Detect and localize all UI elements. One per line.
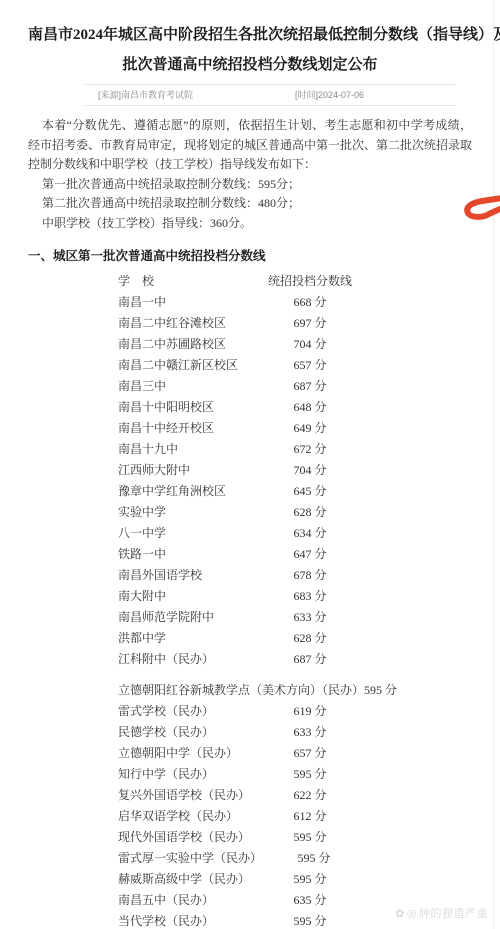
school-name: 南昌二中红谷滩校区: [118, 313, 258, 334]
school-name: 复兴外国语学校（民办）: [118, 785, 258, 806]
table-row: 铁路一中 647 分: [28, 544, 472, 565]
school-name: 雷式学校（民办）: [118, 701, 258, 722]
table-row: 南昌外国语学校 678 分: [28, 565, 472, 586]
control-line-vocational: 中职学校（技工学校）指导线：360分。: [28, 214, 472, 234]
school-score: 628 分: [258, 628, 362, 649]
table-row: 雷式学校（民办） 619 分: [28, 701, 472, 722]
table-row: 八一中学 634 分: [28, 523, 472, 544]
table-row: 现代外国语学校（民办） 595 分: [28, 827, 472, 848]
school-score: 668 分: [258, 292, 362, 313]
special-row-lide-art: 立德朝阳红谷新城教学点（美术方向）（民办）595 分: [28, 680, 472, 701]
school-score: 697 分: [258, 313, 362, 334]
table-row: 豫章中学红角洲校区 645 分: [28, 481, 472, 502]
table-row: 南昌二中赣江新区校区 657 分: [28, 355, 472, 376]
column-header-score: 统招投档分数线: [258, 271, 362, 292]
table-header-row: 学 校 统招投档分数线: [28, 271, 472, 292]
intro-paragraph: 本着“分数优先、遵循志愿”的原则，依据招生计划、考生志愿和初中学考成绩，经市招考…: [28, 116, 472, 175]
school-name: 南昌十九中: [118, 439, 258, 460]
school-name: 豫章中学红角洲校区: [118, 481, 258, 502]
school-name: 南昌一中: [118, 292, 258, 313]
school-score: 704 分: [258, 460, 362, 481]
school-score: 595 分: [258, 764, 362, 785]
control-line-batch1: 第一批次普通高中统招录取控制分数线：595分；: [28, 175, 472, 195]
table-rows-private: 雷式学校（民办） 619 分 民德学校（民办） 633 分 立德朝阳中学（民办）…: [28, 701, 472, 929]
table-row: 南昌二中苏圃路校区 704 分: [28, 334, 472, 355]
school-name: 现代外国语学校（民办）: [118, 827, 258, 848]
school-score: 672 分: [258, 439, 362, 460]
school-score: 595 分: [258, 869, 362, 890]
school-name: 南昌师范学院附中: [118, 607, 258, 628]
school-score: 657 分: [258, 355, 362, 376]
page-title: 南昌市2024年城区高中阶段招生各批次统招最低控制分数线（指导线）及第一 批次普…: [28, 20, 472, 80]
table-row: 南昌十中阳明校区 648 分: [28, 397, 472, 418]
school-name: 八一中学: [118, 523, 258, 544]
school-name: 南昌十中阳明校区: [118, 397, 258, 418]
school-name: 启华双语学校（民办）: [118, 806, 258, 827]
circle-logo-icon: ◎: [407, 907, 417, 920]
school-name: 雷式厚一实验中学（民办）: [118, 848, 262, 869]
school-score: 645 分: [258, 481, 362, 502]
school-score: 687 分: [258, 649, 362, 670]
meta-bar: [来源]南昌市教育考试院 [时间]2024-07-06: [85, 84, 455, 106]
meta-time: [时间]2024-07-06: [270, 85, 455, 105]
school-name: 立德朝阳中学（民办）: [118, 743, 258, 764]
school-name: 知行中学（民办）: [118, 764, 258, 785]
table-row: 立德朝阳中学（民办） 657 分: [28, 743, 472, 764]
school-score: 648 分: [258, 397, 362, 418]
school-name: 南昌二中赣江新区校区: [118, 355, 258, 376]
table-row: 启华双语学校（民办） 612 分: [28, 806, 472, 827]
school-score: 628 分: [258, 502, 362, 523]
school-score: 704 分: [258, 334, 362, 355]
school-name: 江科附中（民办）: [118, 649, 258, 670]
school-name: 南昌五中（民办）: [118, 890, 258, 911]
table-row: 赫威斯高级中学（民办） 595 分: [28, 869, 472, 890]
floating-logo-icon[interactable]: [458, 191, 500, 223]
column-header-school: 学 校: [118, 271, 258, 292]
flower-icon: ✿: [395, 907, 405, 920]
table-row: 民德学校（民办） 633 分: [28, 722, 472, 743]
table-row: 江科附中（民办） 687 分: [28, 649, 472, 670]
article: 南昌市2024年城区高中阶段招生各批次统招最低控制分数线（指导线）及第一 批次普…: [0, 20, 500, 929]
table-row: 洪都中学 628 分: [28, 628, 472, 649]
table-row: 实验中学 628 分: [28, 502, 472, 523]
table-row: 知行中学（民办） 595 分: [28, 764, 472, 785]
control-line-batch2: 第二批次普通高中统招录取控制分数线：480分；: [28, 194, 472, 214]
meta-source: [来源]南昌市教育考试院: [85, 85, 270, 105]
table-rows-public: 南昌一中 668 分 南昌二中红谷滩校区 697 分 南昌二中苏圃路校区 704…: [28, 292, 472, 670]
school-score: 595 分: [258, 827, 362, 848]
school-score: 612 分: [258, 806, 362, 827]
school-name: 南昌二中苏圃路校区: [118, 334, 258, 355]
school-name: 民德学校（民办）: [118, 722, 258, 743]
page-title-line1: 南昌市2024年城区高中阶段招生各批次统招最低控制分数线（指导线）及第一: [28, 20, 472, 50]
watermark: ✿ ◎ 肿的狸造严重: [395, 905, 488, 921]
school-name: 实验中学: [118, 502, 258, 523]
school-score: 595 分: [258, 911, 362, 929]
school-score: 687 分: [258, 376, 362, 397]
page-right-border: [493, 0, 494, 929]
school-name: 当代学校（民办）: [118, 911, 258, 929]
table-row: 复兴外国语学校（民办） 622 分: [28, 785, 472, 806]
swoosh-logo-icon: [458, 191, 500, 223]
school-name: 南昌三中: [118, 376, 258, 397]
table-row: 南昌二中红谷滩校区 697 分: [28, 313, 472, 334]
table-row: 南昌师范学院附中 633 分: [28, 607, 472, 628]
watermark-text: 肿的狸造严重: [419, 905, 488, 921]
school-score: 657 分: [258, 743, 362, 764]
school-name: 南昌十中经开校区: [118, 418, 258, 439]
table-row: 雷式厚一实验中学（民办） 595 分: [28, 848, 472, 869]
school-name: 江西师大附中: [118, 460, 258, 481]
score-table: 学 校 统招投档分数线 南昌一中 668 分 南昌二中红谷滩校区 697 分 南…: [28, 271, 472, 929]
table-row: 南昌三中 687 分: [28, 376, 472, 397]
table-row: 南昌一中 668 分: [28, 292, 472, 313]
table-row: 江西师大附中 704 分: [28, 460, 472, 481]
table-row: 南昌十九中 672 分: [28, 439, 472, 460]
school-name: 南昌外国语学校: [118, 565, 258, 586]
school-score: 633 分: [258, 722, 362, 743]
school-score: 595 分: [262, 848, 366, 869]
school-score: 622 分: [258, 785, 362, 806]
table-row: 南昌十中经开校区 649 分: [28, 418, 472, 439]
school-score: 633 分: [258, 607, 362, 628]
school-name: 铁路一中: [118, 544, 258, 565]
page-title-line2: 批次普通高中统招投档分数线划定公布: [28, 50, 472, 80]
school-score: 649 分: [258, 418, 362, 439]
school-score: 683 分: [258, 586, 362, 607]
school-score: 635 分: [258, 890, 362, 911]
school-name: 洪都中学: [118, 628, 258, 649]
school-name: 赫威斯高级中学（民办）: [118, 869, 258, 890]
section1-heading: 一、城区第一批次普通高中统招投档分数线: [28, 247, 472, 265]
school-score: 619 分: [258, 701, 362, 722]
school-name: 南大附中: [118, 586, 258, 607]
table-row: 南大附中 683 分: [28, 586, 472, 607]
school-score: 647 分: [258, 544, 362, 565]
school-score: 634 分: [258, 523, 362, 544]
school-score: 678 分: [258, 565, 362, 586]
